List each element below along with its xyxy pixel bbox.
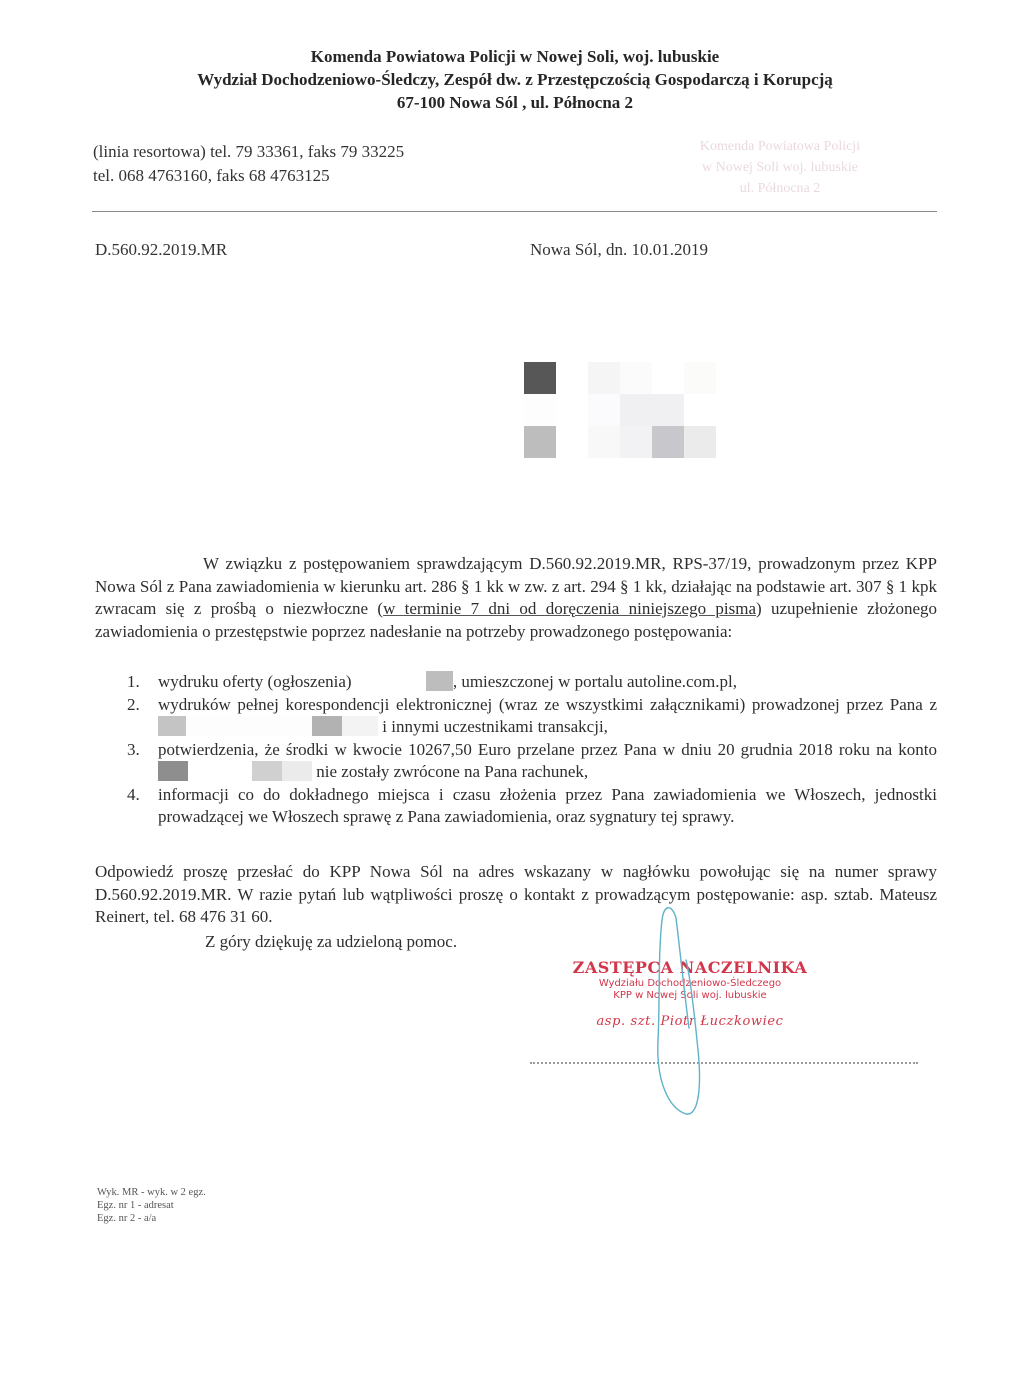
redacted-block <box>342 716 378 736</box>
stamp-line-2: KPP w Nowej Soli woj. lubuskie <box>565 990 815 1002</box>
redacted-block <box>312 716 342 736</box>
redacted-pixel <box>620 394 652 426</box>
redacted-recipient-address <box>524 362 716 458</box>
redacted-pixel <box>524 426 556 458</box>
redacted-block <box>186 716 312 736</box>
official-stamp: ZASTĘPCA NACZELNIKA Wydziału Dochodzenio… <box>565 958 815 1029</box>
contact-block: (linia resortowa) tel. 79 33361, faks 79… <box>93 140 404 188</box>
faded-stamp-line-3: ul. Północna 2 <box>660 178 900 199</box>
faded-stamp-line-1: Komenda Powiatowa Policji <box>660 136 900 157</box>
redacted-pixel <box>588 362 620 394</box>
contact-line-2: tel. 068 4763160, faks 68 4763125 <box>93 164 404 188</box>
list-item: 3. potwierdzenia, że środki w kwocie 102… <box>95 739 937 784</box>
item-number: 4. <box>127 784 140 807</box>
redacted-pixel <box>684 426 716 458</box>
redacted-block <box>426 671 453 691</box>
place-date: Nowa Sól, dn. 10.01.2019 <box>530 240 708 260</box>
redacted-pixel <box>524 394 556 426</box>
header-divider <box>92 211 937 212</box>
deadline-underlined: w terminie 7 dni od doręczenia niniejsze… <box>383 599 756 618</box>
item-text: wydruków pełnej korespondencji elektroni… <box>158 695 937 714</box>
item-number: 2. <box>127 694 140 717</box>
redacted-pixel <box>588 426 620 458</box>
footer-line-1: Wyk. MR - wyk. w 2 egz. <box>97 1186 206 1199</box>
redacted-pixel <box>556 394 588 426</box>
item-text: potwierdzenia, że środki w kwocie 10267,… <box>158 740 937 759</box>
redacted-pixel <box>588 394 620 426</box>
redacted-pixel <box>652 362 684 394</box>
item-text: informacji co do dokładnego miejsca i cz… <box>158 785 937 827</box>
redacted-pixel <box>684 362 716 394</box>
redacted-pixel <box>652 394 684 426</box>
footer-line-2: Egz. nr 1 - adresat <box>97 1199 206 1212</box>
letterhead-line-3: 67-100 Nowa Sól , ul. Północna 2 <box>90 91 940 114</box>
redacted-block <box>252 761 282 781</box>
stamp-name: asp. szt. Piotr Łuczkowiec <box>565 1014 815 1029</box>
item-text: , umieszczonej w portalu autoline.com.pl… <box>453 672 737 691</box>
redacted-block <box>158 716 186 736</box>
closing-paragraph: Odpowiedź proszę przesłać do KPP Nowa Só… <box>95 861 937 929</box>
redacted-pixel <box>620 362 652 394</box>
signature-dotted-line <box>530 1062 918 1064</box>
list-item: 2. wydruków pełnej korespondencji elektr… <box>95 694 937 739</box>
stamp-line-1: Wydziału Dochodzeniowo-Śledczego <box>565 978 815 990</box>
redacted-pixel <box>556 426 588 458</box>
item-text: wydruku oferty (ogłoszenia) <box>158 672 352 691</box>
footer-line-3: Egz. nr 2 - a/a <box>97 1212 206 1225</box>
item-number: 3. <box>127 739 140 762</box>
redacted-block <box>282 761 312 781</box>
redacted-block <box>158 761 188 781</box>
thanks-line: Z góry dziękuję za udzieloną pomoc. <box>205 932 457 952</box>
redacted-pixel <box>620 426 652 458</box>
redacted-pixel <box>652 426 684 458</box>
faded-header-stamp: Komenda Powiatowa Policji w Nowej Soli w… <box>660 136 900 199</box>
reference-number: D.560.92.2019.MR <box>95 240 227 260</box>
stamp-title: ZASTĘPCA NACZELNIKA <box>565 958 815 978</box>
body-paragraph: W związku z postępowaniem sprawdzającym … <box>95 553 937 643</box>
redacted-block <box>188 761 252 781</box>
redacted-block <box>356 671 426 691</box>
redacted-pixel <box>524 362 556 394</box>
redacted-pixel <box>684 394 716 426</box>
letterhead-line-2: Wydział Dochodzeniowo-Śledczy, Zespół dw… <box>90 68 940 91</box>
faded-stamp-line-2: w Nowej Soli woj. lubuskie <box>660 157 900 178</box>
list-item: 4. informacji co do dokładnego miejsca i… <box>95 784 937 829</box>
contact-line-1: (linia resortowa) tel. 79 33361, faks 79… <box>93 140 404 164</box>
letterhead-line-1: Komenda Powiatowa Policji w Nowej Soli, … <box>90 45 940 68</box>
footer-notes: Wyk. MR - wyk. w 2 egz. Egz. nr 1 - adre… <box>97 1186 206 1225</box>
item-number: 1. <box>127 671 140 694</box>
requested-items-list: 1. wydruku oferty (ogłoszenia) , umieszc… <box>95 671 937 829</box>
redacted-pixel <box>556 362 588 394</box>
item-text: nie zostały zwrócone na Pana rachunek, <box>316 762 588 781</box>
item-text: i innymi uczestnikami transakcji, <box>382 717 608 736</box>
list-item: 1. wydruku oferty (ogłoszenia) , umieszc… <box>95 671 937 694</box>
